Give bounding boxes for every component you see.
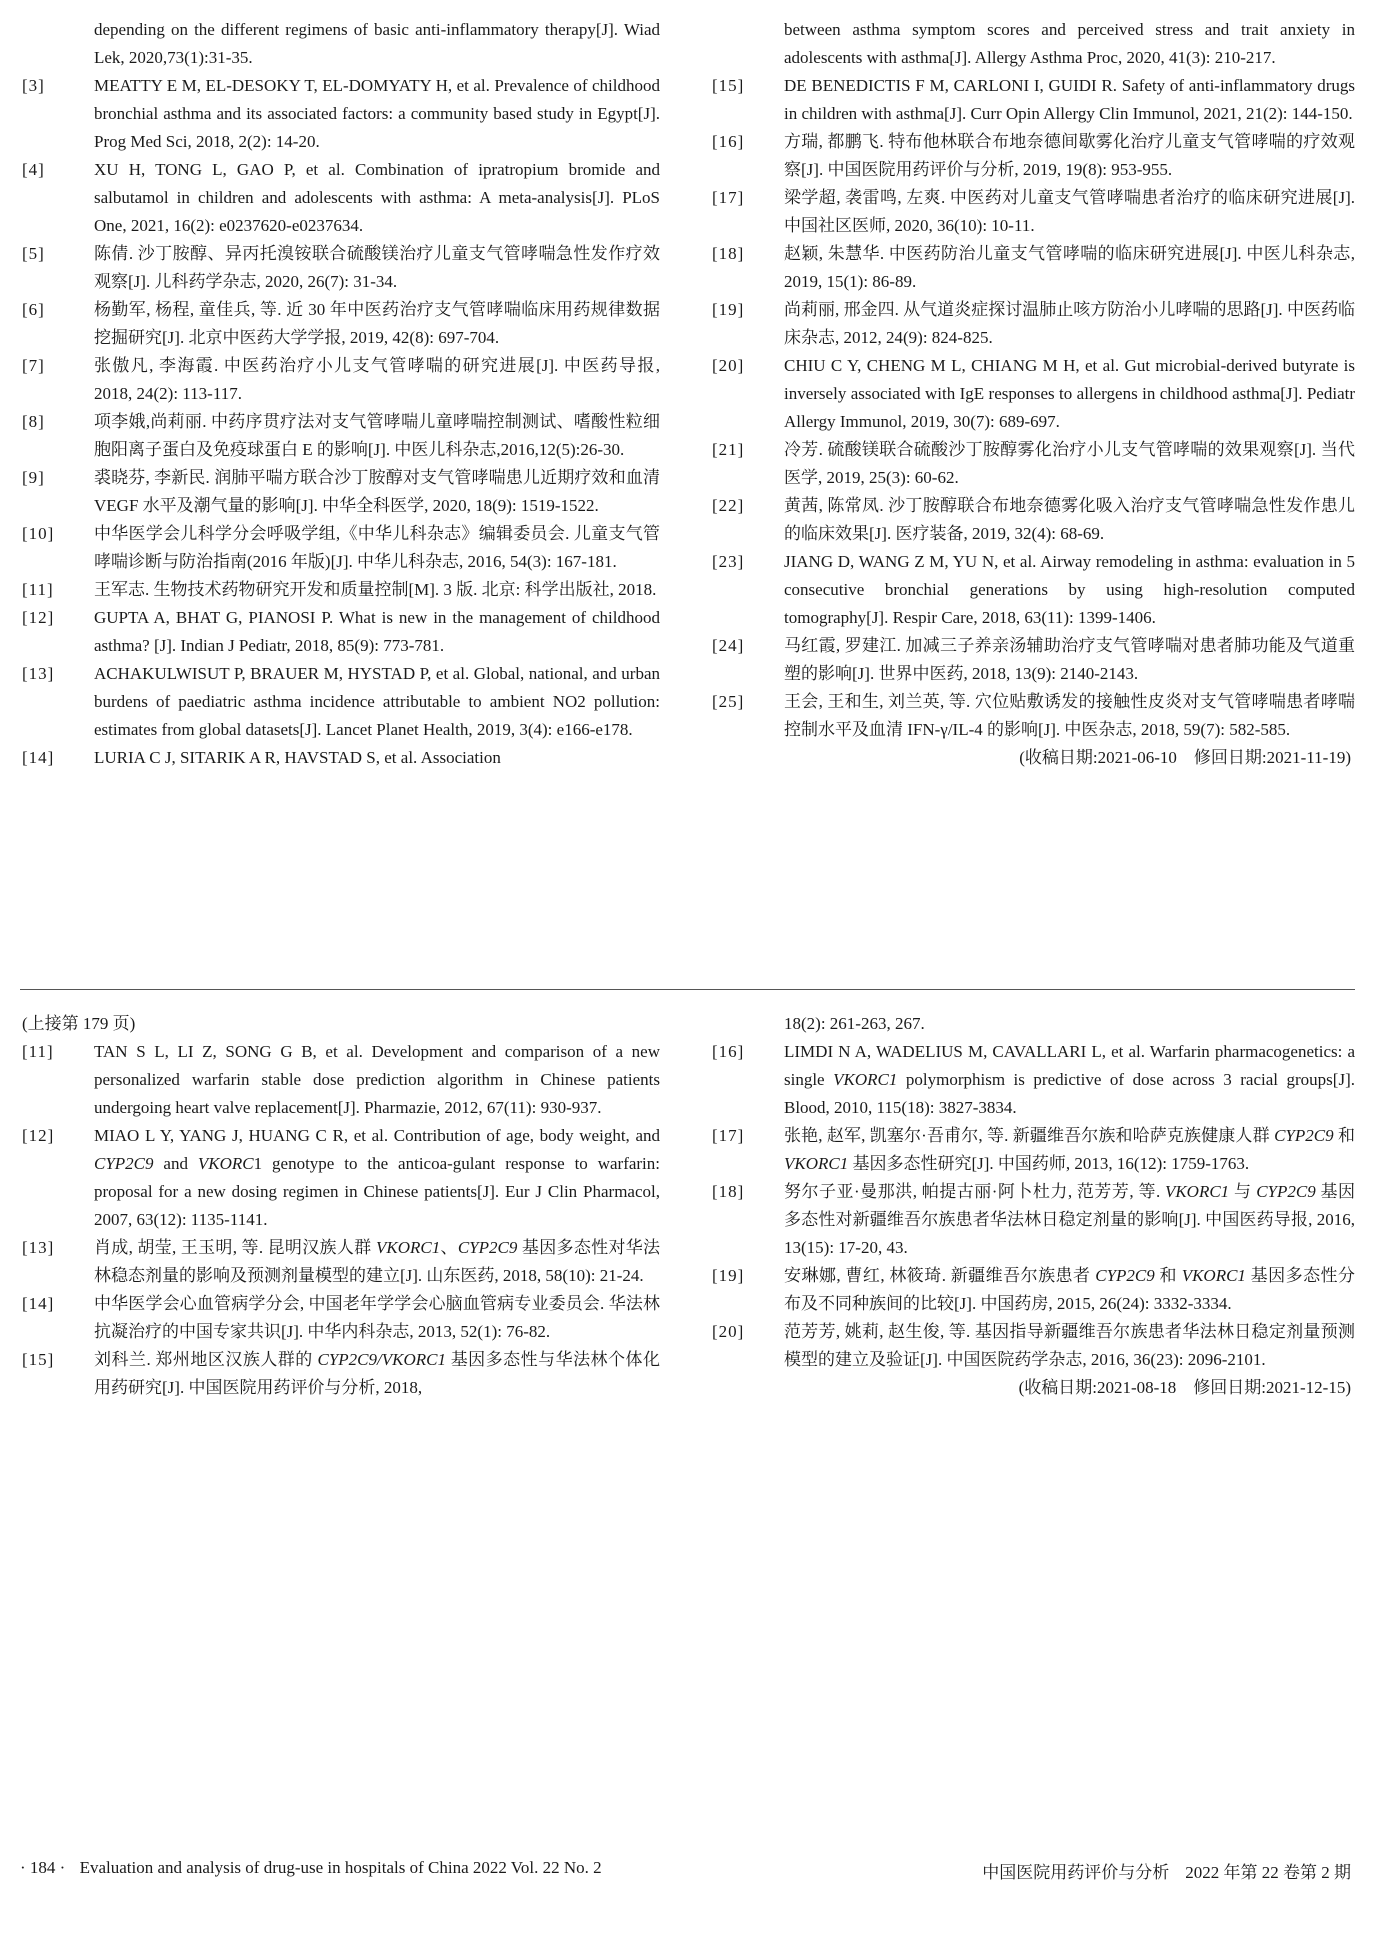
reference-number: [11] xyxy=(20,576,94,604)
reference-item: [13]ACHAKULWISUT P, BRAUER M, HYSTAD P, … xyxy=(20,660,660,744)
reference-item: [22]黄茜, 陈常凤. 沙丁胺醇联合布地奈德雾化吸入治疗支气管哮喘急性发作患儿… xyxy=(710,492,1355,548)
footer-right: 中国医院用药评价与分析2022 年第 22 卷第 2 期 xyxy=(982,1858,1351,1883)
gene-name-italic: CYP2C9/VKORC1 xyxy=(318,1350,446,1369)
page-number: · 184 · xyxy=(20,1858,65,1877)
reference-number: [25] xyxy=(710,688,784,716)
reference-number: [7] xyxy=(20,352,94,380)
reference-text-segment: TAN S L, LI Z, SONG G B, et al. Developm… xyxy=(94,1042,660,1117)
reference-item: [3]MEATTY E M, EL-DESOKY T, EL-DOMYATY H… xyxy=(20,72,660,156)
reference-number: [11] xyxy=(20,1038,94,1066)
reference-item: [16]LIMDI N A, WADELIUS M, CAVALLARI L, … xyxy=(710,1038,1355,1122)
reference-text: 中华医学会心血管病学分会, 中国老年学学会心脑血管病专业委员会. 华法林抗凝治疗… xyxy=(94,1290,660,1346)
reference-item: [9]裘晓芬, 李新民. 润肺平喘方联合沙丁胺醇对支气管哮喘患儿近期疗效和血清 … xyxy=(20,464,660,520)
reference-number: [5] xyxy=(20,240,94,268)
reference-text: LIMDI N A, WADELIUS M, CAVALLARI L, et a… xyxy=(784,1038,1355,1122)
reference-item: [8]项李娥,尚莉丽. 中药序贯疗法对支气管哮喘儿童哮喘控制测试、嗜酸性粒细胞阳… xyxy=(20,408,660,464)
gene-name-italic: CYP2C9 xyxy=(1274,1126,1334,1145)
reference-text-segment: MIAO L Y, YANG J, HUANG C R, et al. Cont… xyxy=(94,1126,660,1145)
reference-text: 安琳娜, 曹红, 林筱琦. 新疆维吾尔族患者 CYP2C9 和 VKORC1 基… xyxy=(784,1262,1355,1318)
gene-name-italic: CYP2C9 xyxy=(1095,1266,1155,1285)
reference-text: 黄茜, 陈常凤. 沙丁胺醇联合布地奈德雾化吸入治疗支气管哮喘急性发作患儿的临床效… xyxy=(784,492,1355,548)
reference-text-segment: 与 xyxy=(1229,1182,1256,1201)
reference-number: [6] xyxy=(20,296,94,324)
reference-text: ACHAKULWISUT P, BRAUER M, HYSTAD P, et a… xyxy=(94,660,660,744)
reference-number: [17] xyxy=(710,1122,784,1150)
reference-number: [20] xyxy=(710,352,784,380)
top-left-column: depending on the different regimens of b… xyxy=(20,16,660,772)
reference-text-segment: 和 xyxy=(1155,1266,1182,1285)
reference-item: [21]冷芳. 硫酸镁联合硫酸沙丁胺醇雾化治疗小儿支气管哮喘的效果观察[J]. … xyxy=(710,436,1355,492)
reference-number: [12] xyxy=(20,1122,94,1150)
reference-item: [5]陈倩. 沙丁胺醇、异丙托溴铵联合硫酸镁治疗儿童支气管哮喘急性发作疗效观察[… xyxy=(20,240,660,296)
gene-name-italic: VKORC1 xyxy=(1182,1266,1246,1285)
reference-number: [4] xyxy=(20,156,94,184)
reference-item: [4]XU H, TONG L, GAO P, et al. Combinati… xyxy=(20,156,660,240)
reference-item: [14]LURIA C J, SITARIK A R, HAVSTAD S, e… xyxy=(20,744,660,772)
reference-text: 王会, 王和生, 刘兰英, 等. 穴位贴敷诱发的接触性皮炎对支气管哮喘患者哮喘控… xyxy=(784,688,1355,744)
reference-text: 尚莉丽, 邢金四. 从气道炎症探讨温肺止咳方防治小儿哮喘的思路[J]. 中医药临… xyxy=(784,296,1355,352)
reference-text: 项李娥,尚莉丽. 中药序贯疗法对支气管哮喘儿童哮喘控制测试、嗜酸性粒细胞阳离子蛋… xyxy=(94,408,660,464)
reference-number: [24] xyxy=(710,632,784,660)
gene-name-italic: CYP2C9 xyxy=(458,1238,518,1257)
article-divider xyxy=(20,989,1355,990)
reference-item: between asthma symptom scores and percei… xyxy=(710,16,1355,72)
reference-item: 18(2): 261-263, 267. xyxy=(710,1010,1355,1038)
gene-name-italic: CYP2C9 xyxy=(1256,1182,1316,1201)
reference-text-segment: 安琳娜, 曹红, 林筱琦. 新疆维吾尔族患者 xyxy=(784,1266,1095,1285)
reference-text: depending on the different regimens of b… xyxy=(94,16,660,72)
reference-item: [23]JIANG D, WANG Z M, YU N, et al. Airw… xyxy=(710,548,1355,632)
reference-item: [11]王军志. 生物技术药物研究开发和质量控制[M]. 3 版. 北京: 科学… xyxy=(20,576,660,604)
reference-text: 肖成, 胡莹, 王玉明, 等. 昆明汉族人群 VKORC1、CYP2C9 基因多… xyxy=(94,1234,660,1290)
reference-text-segment: 范芳芳, 姚莉, 赵生俊, 等. 基因指导新疆维吾尔族患者华法林日稳定剂量预测模… xyxy=(784,1322,1355,1369)
reference-text: 18(2): 261-263, 267. xyxy=(784,1010,1355,1038)
reference-text: TAN S L, LI Z, SONG G B, et al. Developm… xyxy=(94,1038,660,1122)
reference-text-segment: and xyxy=(154,1154,198,1173)
reference-number: [22] xyxy=(710,492,784,520)
reference-text: MIAO L Y, YANG J, HUANG C R, et al. Cont… xyxy=(94,1122,660,1234)
reference-text-segment: 18(2): 261-263, 267. xyxy=(784,1014,925,1033)
reference-item: [25]王会, 王和生, 刘兰英, 等. 穴位贴敷诱发的接触性皮炎对支气管哮喘患… xyxy=(710,688,1355,744)
gene-name-italic: CYP2C9 xyxy=(94,1154,154,1173)
reference-number: [23] xyxy=(710,548,784,576)
reference-text: between asthma symptom scores and percei… xyxy=(784,16,1355,72)
reference-number: [10] xyxy=(20,520,94,548)
reference-number: [3] xyxy=(20,72,94,100)
journal-name-cn: 中国医院用药评价与分析 xyxy=(982,1863,1169,1882)
page-footer: · 184 · Evaluation and analysis of drug-… xyxy=(20,1858,1355,1888)
reference-text-segment: 中华医学会心血管病学分会, 中国老年学学会心脑血管病专业委员会. 华法林抗凝治疗… xyxy=(94,1294,660,1341)
reference-number: [18] xyxy=(710,1178,784,1206)
reference-item: [19]安琳娜, 曹红, 林筱琦. 新疆维吾尔族患者 CYP2C9 和 VKOR… xyxy=(710,1262,1355,1318)
reference-item: [24]马红霞, 罗建江. 加减三子养亲汤辅助治疗支气管哮喘对患者肺功能及气道重… xyxy=(710,632,1355,688)
reference-number: [13] xyxy=(20,660,94,688)
reference-text: CHIU C Y, CHENG M L, CHIANG M H, et al. … xyxy=(784,352,1355,436)
reference-text-segment: 、 xyxy=(440,1238,458,1257)
reference-number: [13] xyxy=(20,1234,94,1262)
reference-item: depending on the different regimens of b… xyxy=(20,16,660,72)
reference-number: [12] xyxy=(20,604,94,632)
reference-text: 方瑞, 都鹏飞. 特布他林联合布地奈德间歇雾化治疗儿童支气管哮喘的疗效观察[J]… xyxy=(784,128,1355,184)
reference-number: [16] xyxy=(710,1038,784,1066)
journal-name-en: Evaluation and analysis of drug-use in h… xyxy=(80,1858,602,1877)
reference-item: [17]张艳, 赵军, 凯塞尔·吾甫尔, 等. 新疆维吾尔族和哈萨克族健康人群 … xyxy=(710,1122,1355,1178)
reference-text: 中华医学会儿科学分会呼吸学组,《中华儿科杂志》编辑委员会. 儿童支气管哮喘诊断与… xyxy=(94,520,660,576)
reference-text: 杨勤军, 杨程, 童佳兵, 等. 近 30 年中医药治疗支气管哮喘临床用药规律数… xyxy=(94,296,660,352)
reference-item: [11]TAN S L, LI Z, SONG G B, et al. Deve… xyxy=(20,1038,660,1122)
reference-number: [18] xyxy=(710,240,784,268)
bottom-right-column: 18(2): 261-263, 267.[16]LIMDI N A, WADEL… xyxy=(710,1010,1355,1402)
reference-item: [14]中华医学会心血管病学分会, 中国老年学学会心脑血管病专业委员会. 华法林… xyxy=(20,1290,660,1346)
reference-text: 裘晓芬, 李新民. 润肺平喘方联合沙丁胺醇对支气管哮喘患儿近期疗效和血清 VEG… xyxy=(94,464,660,520)
reference-number: [15] xyxy=(710,72,784,100)
reference-text: 范芳芳, 姚莉, 赵生俊, 等. 基因指导新疆维吾尔族患者华法林日稳定剂量预测模… xyxy=(784,1318,1355,1374)
reference-text: LURIA C J, SITARIK A R, HAVSTAD S, et al… xyxy=(94,744,660,772)
reference-text: 努尔子亚·曼那洪, 帕提古丽·阿卜杜力, 范芳芳, 等. VKORC1 与 CY… xyxy=(784,1178,1355,1262)
reference-text: DE BENEDICTIS F M, CARLONI I, GUIDI R. S… xyxy=(784,72,1355,128)
reference-item: [12]MIAO L Y, YANG J, HUANG C R, et al. … xyxy=(20,1122,660,1234)
reference-text-segment: 和 xyxy=(1334,1126,1355,1145)
reference-text: 梁学超, 袭雷鸣, 左爽. 中医药对儿童支气管哮喘患者治疗的临床研究进展[J].… xyxy=(784,184,1355,240)
reference-number: [20] xyxy=(710,1318,784,1346)
reference-item: [18]赵颖, 朱慧华. 中医药防治儿童支气管哮喘的临床研究进展[J]. 中医儿… xyxy=(710,240,1355,296)
reference-text: XU H, TONG L, GAO P, et al. Combination … xyxy=(94,156,660,240)
reference-text: 王军志. 生物技术药物研究开发和质量控制[M]. 3 版. 北京: 科学出版社,… xyxy=(94,576,660,604)
reference-text-segment: 基因多态性研究[J]. 中国药师, 2013, 16(12): 1759-176… xyxy=(848,1154,1249,1173)
reference-text: GUPTA A, BHAT G, PIANOSI P. What is new … xyxy=(94,604,660,660)
reference-item: [7]张傲凡, 李海霞. 中医药治疗小儿支气管哮喘的研究进展[J]. 中医药导报… xyxy=(20,352,660,408)
reference-number: [9] xyxy=(20,464,94,492)
reference-item: [19]尚莉丽, 邢金四. 从气道炎症探讨温肺止咳方防治小儿哮喘的思路[J]. … xyxy=(710,296,1355,352)
reference-item: [12]GUPTA A, BHAT G, PIANOSI P. What is … xyxy=(20,604,660,660)
reference-item: [17]梁学超, 袭雷鸣, 左爽. 中医药对儿童支气管哮喘患者治疗的临床研究进展… xyxy=(710,184,1355,240)
reference-text-segment: 张艳, 赵军, 凯塞尔·吾甫尔, 等. 新疆维吾尔族和哈萨克族健康人群 xyxy=(784,1126,1274,1145)
reference-number: [17] xyxy=(710,184,784,212)
reference-number: [8] xyxy=(20,408,94,436)
reference-text: MEATTY E M, EL-DESOKY T, EL-DOMYATY H, e… xyxy=(94,72,660,156)
reference-item: [20]CHIU C Y, CHENG M L, CHIANG M H, et … xyxy=(710,352,1355,436)
reference-text: 冷芳. 硫酸镁联合硫酸沙丁胺醇雾化治疗小儿支气管哮喘的效果观察[J]. 当代医学… xyxy=(784,436,1355,492)
reference-item: [15]刘科兰. 郑州地区汉族人群的 CYP2C9/VKORC1 基因多态性与华… xyxy=(20,1346,660,1402)
bottom-left-column: (上接第 179 页) [11]TAN S L, LI Z, SONG G B,… xyxy=(20,1010,660,1402)
reference-text: 赵颖, 朱慧华. 中医药防治儿童支气管哮喘的临床研究进展[J]. 中医儿科杂志,… xyxy=(784,240,1355,296)
reference-number: [19] xyxy=(710,1262,784,1290)
reference-number: [15] xyxy=(20,1346,94,1374)
reference-number: [19] xyxy=(710,296,784,324)
reference-item: [15]DE BENEDICTIS F M, CARLONI I, GUIDI … xyxy=(710,72,1355,128)
reference-number: [14] xyxy=(20,744,94,772)
received-revised-dates: (收稿日期:2021-06-10 修回日期:2021-11-19) xyxy=(710,744,1355,772)
journal-issue-cn: 2022 年第 22 卷第 2 期 xyxy=(1185,1863,1351,1882)
reference-text: 陈倩. 沙丁胺醇、异丙托溴铵联合硫酸镁治疗儿童支气管哮喘急性发作疗效观察[J].… xyxy=(94,240,660,296)
received-revised-dates: (收稿日期:2021-08-18 修回日期:2021-12-15) xyxy=(710,1374,1355,1402)
reference-item: [16]方瑞, 都鹏飞. 特布他林联合布地奈德间歇雾化治疗儿童支气管哮喘的疗效观… xyxy=(710,128,1355,184)
reference-item: [13]肖成, 胡莹, 王玉明, 等. 昆明汉族人群 VKORC1、CYP2C9… xyxy=(20,1234,660,1290)
gene-name-italic: VKORC1 xyxy=(784,1154,848,1173)
reference-text-segment: 刘科兰. 郑州地区汉族人群的 xyxy=(94,1350,318,1369)
reference-text-segment: 努尔子亚·曼那洪, 帕提古丽·阿卜杜力, 范芳芳, 等. xyxy=(784,1182,1165,1201)
gene-name-italic: VKORC1 xyxy=(833,1070,897,1089)
reference-number: [14] xyxy=(20,1290,94,1318)
reference-item: [6]杨勤军, 杨程, 童佳兵, 等. 近 30 年中医药治疗支气管哮喘临床用药… xyxy=(20,296,660,352)
footer-left: · 184 · Evaluation and analysis of drug-… xyxy=(20,1858,602,1878)
continued-from-note: (上接第 179 页) xyxy=(20,1010,660,1038)
reference-text: 刘科兰. 郑州地区汉族人群的 CYP2C9/VKORC1 基因多态性与华法林个体… xyxy=(94,1346,660,1402)
reference-item: [10]中华医学会儿科学分会呼吸学组,《中华儿科杂志》编辑委员会. 儿童支气管哮… xyxy=(20,520,660,576)
top-right-column: between asthma symptom scores and percei… xyxy=(710,16,1355,772)
reference-text-segment: 肖成, 胡莹, 王玉明, 等. 昆明汉族人群 xyxy=(94,1238,376,1257)
reference-item: [18]努尔子亚·曼那洪, 帕提古丽·阿卜杜力, 范芳芳, 等. VKORC1 … xyxy=(710,1178,1355,1262)
reference-text: 张艳, 赵军, 凯塞尔·吾甫尔, 等. 新疆维吾尔族和哈萨克族健康人群 CYP2… xyxy=(784,1122,1355,1178)
reference-number: [21] xyxy=(710,436,784,464)
gene-name-italic: VKORC xyxy=(198,1154,254,1173)
reference-number: [16] xyxy=(710,128,784,156)
gene-name-italic: VKORC1 xyxy=(376,1238,440,1257)
reference-text: 张傲凡, 李海霞. 中医药治疗小儿支气管哮喘的研究进展[J]. 中医药导报, 2… xyxy=(94,352,660,408)
reference-text: 马红霞, 罗建江. 加减三子养亲汤辅助治疗支气管哮喘对患者肺功能及气道重塑的影响… xyxy=(784,632,1355,688)
reference-item: [20]范芳芳, 姚莉, 赵生俊, 等. 基因指导新疆维吾尔族患者华法林日稳定剂… xyxy=(710,1318,1355,1374)
gene-name-italic: VKORC1 xyxy=(1165,1182,1229,1201)
reference-text: JIANG D, WANG Z M, YU N, et al. Airway r… xyxy=(784,548,1355,632)
